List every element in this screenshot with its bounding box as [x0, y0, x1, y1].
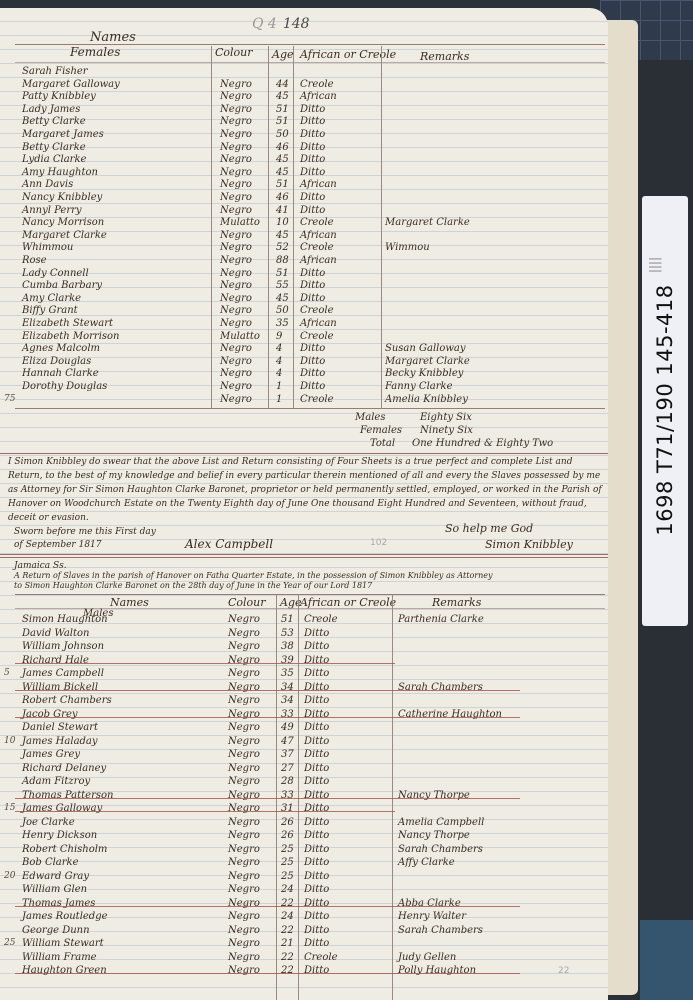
colour-cell: Negro [228, 655, 260, 666]
totals-total-label: Total [370, 438, 395, 449]
name-cell: Amy Haughton [22, 167, 98, 178]
colour-cell: Negro [220, 142, 252, 153]
table-row: Eliza DouglasNegro4DittoMargaret Clarke [0, 356, 608, 369]
age-cell: 28 [281, 776, 294, 787]
strikethrough-line [15, 798, 520, 799]
name-cell: Ann Davis [22, 179, 73, 190]
age-cell: 21 [281, 938, 294, 949]
colour-cell: Negro [220, 318, 252, 329]
colour-cell: Negro [228, 736, 260, 747]
origin-cell: Ditto [304, 965, 329, 976]
age-cell: 51 [276, 116, 289, 127]
name-cell: William Johnson [22, 641, 104, 652]
remarks-cell: Sarah Chambers [398, 682, 483, 693]
colour-cell: Negro [228, 817, 260, 828]
age-cell: 25 [281, 871, 294, 882]
age-cell: 35 [281, 668, 294, 679]
origin-cell: Ditto [304, 884, 329, 895]
colour-cell: Negro [228, 803, 260, 814]
totals-total-value: One Hundred & Eighty Two [412, 438, 553, 449]
origin-cell: Ditto [304, 830, 329, 841]
origin-cell: Ditto [304, 655, 329, 666]
name-cell: Eliza Douglas [22, 356, 91, 367]
colour-cell: Negro [220, 179, 252, 190]
rule [15, 62, 605, 63]
origin-cell: Ditto [300, 129, 325, 140]
colour-cell: Negro [228, 628, 260, 639]
age-cell: 51 [276, 268, 289, 279]
col-header-age: Age [272, 48, 294, 61]
name-cell: David Walton [22, 628, 89, 639]
age-cell: 45 [276, 167, 289, 178]
origin-cell: Creole [300, 242, 334, 253]
folio-prefix: Q 4 [252, 16, 277, 32]
table-row: Patty KnibbleyNegro45African [0, 91, 608, 104]
return-heading-line-2: A Return of Slaves in the parish of Hano… [14, 571, 493, 580]
colour-cell: Negro [220, 230, 252, 241]
rule [15, 594, 605, 595]
colour-cell: Negro [228, 709, 260, 720]
strikethrough-line [15, 717, 520, 718]
age-cell: 26 [281, 830, 294, 841]
age-cell: 47 [281, 736, 294, 747]
stamp-number: 102 [370, 538, 387, 548]
age-cell: 44 [276, 79, 289, 90]
name-cell: Bob Clarke [22, 857, 79, 868]
age-cell: 22 [281, 952, 294, 963]
age-cell: 50 [276, 129, 289, 140]
origin-cell: Ditto [304, 898, 329, 909]
colour-cell: Negro [228, 682, 260, 693]
age-cell: 33 [281, 790, 294, 801]
name-cell: Margaret Galloway [22, 79, 120, 90]
age-cell: 4 [276, 343, 282, 354]
subheader-females: Females [70, 45, 120, 59]
table-row: James HaladayNegro47Ditto10 [0, 736, 608, 749]
table-row: Annyl PerryNegro41Ditto [0, 205, 608, 218]
colour-cell: Negro [228, 790, 260, 801]
name-cell: Amy Clarke [22, 293, 81, 304]
rule [15, 408, 605, 409]
name-cell: James Campbell [22, 668, 104, 679]
table-row: Margaret GallowayNegro44Creole [0, 79, 608, 92]
name-cell: Elizabeth Morrison [22, 331, 120, 342]
table-row: Biffy GrantNegro50Creole [0, 305, 608, 318]
age-cell: 35 [276, 318, 289, 329]
remarks-cell: Becky Knibbley [385, 368, 463, 379]
table-row: Richard DelaneyNegro27Ditto [0, 763, 608, 776]
name-cell: Betty Clarke [22, 142, 86, 153]
table-row: Hannah ClarkeNegro4DittoBecky Knibbley [0, 368, 608, 381]
name-cell: Elizabeth Stewart [22, 318, 113, 329]
origin-cell: Ditto [304, 628, 329, 639]
table-row: Negro1CreoleAmelia Knibbley75 [0, 394, 608, 407]
age-cell: 33 [281, 709, 294, 720]
colour-cell: Negro [228, 938, 260, 949]
table-row: Sarah Fisher [0, 66, 608, 79]
strikethrough-line [15, 906, 520, 907]
table-row: George DunnNegro22DittoSarah Chambers [0, 925, 608, 938]
name-cell: Rose [22, 255, 47, 266]
name-cell: Biffy Grant [22, 305, 78, 316]
colour-cell: Negro [220, 394, 252, 405]
age-cell: 22 [281, 898, 294, 909]
name-cell: Robert Chisholm [22, 844, 107, 855]
name-cell: Joe Clarke [22, 817, 75, 828]
margin-count-mark: 10 [4, 736, 15, 746]
table-row: Amy ClarkeNegro45Ditto [0, 293, 608, 306]
background-blue [640, 920, 693, 1000]
origin-cell: Creole [300, 331, 334, 342]
origin-cell: Ditto [300, 356, 325, 367]
age-cell: 26 [281, 817, 294, 828]
age-cell: 25 [281, 844, 294, 855]
origin-cell: African [300, 91, 337, 102]
table-row: William JohnsonNegro38Ditto [0, 641, 608, 654]
name-cell: Cumba Barbary [22, 280, 102, 291]
jurisdiction-heading: Jamaica Ss. [14, 561, 67, 571]
origin-cell: Ditto [304, 844, 329, 855]
origin-cell: Ditto [300, 192, 325, 203]
rule [0, 557, 608, 558]
origin-cell: Ditto [304, 817, 329, 828]
age-cell: 4 [276, 356, 282, 367]
age-cell: 49 [281, 722, 294, 733]
age-cell: 24 [281, 911, 294, 922]
age-cell: 27 [281, 763, 294, 774]
folio-number: Q 4148 [252, 16, 310, 32]
colour-cell: Negro [220, 154, 252, 165]
colour-cell: Negro [220, 268, 252, 279]
table-row: Richard HaleNegro39Ditto [0, 655, 608, 668]
origin-cell: African [300, 179, 337, 190]
remarks-cell: Susan Galloway [385, 343, 466, 354]
colour-cell: Negro [228, 763, 260, 774]
name-cell: Nancy Morrison [22, 217, 104, 228]
age-cell: 45 [276, 91, 289, 102]
age-cell: 39 [281, 655, 294, 666]
colour-cell: Negro [220, 192, 252, 203]
origin-cell: Ditto [304, 695, 329, 706]
origin-cell: Ditto [300, 381, 325, 392]
table-row: Lydia ClarkeNegro45Ditto [0, 154, 608, 167]
colour-cell: Negro [220, 368, 252, 379]
totals-males-value: Eighty Six [420, 412, 472, 423]
name-cell: Robert Chambers [22, 695, 112, 706]
table-row: Nancy KnibbleyNegro46Ditto [0, 192, 608, 205]
table-row: Cumba BarbaryNegro55Ditto [0, 280, 608, 293]
name-cell: Margaret Clarke [22, 230, 107, 241]
name-cell: Margaret James [22, 129, 104, 140]
strikethrough-line [15, 973, 520, 974]
origin-cell: African [300, 255, 337, 266]
origin-cell: Ditto [304, 938, 329, 949]
origin-cell: Ditto [304, 925, 329, 936]
origin-cell: Ditto [304, 871, 329, 882]
origin-cell: Ditto [304, 776, 329, 787]
origin-cell: Creole [300, 79, 334, 90]
origin-cell: African [300, 230, 337, 241]
table-row: Amy HaughtonNegro45Ditto [0, 167, 608, 180]
age-cell: 51 [281, 614, 294, 625]
table-row: James GreyNegro37Ditto [0, 749, 608, 762]
age-cell: 41 [276, 205, 289, 216]
colour-cell: Negro [228, 641, 260, 652]
remarks-cell: Margaret Clarke [385, 217, 470, 228]
colour-cell: Mulatto [220, 217, 260, 228]
name-cell: Patty Knibbley [22, 91, 96, 102]
origin-cell: Ditto [304, 803, 329, 814]
name-cell: Haughton Green [22, 965, 107, 976]
colour-cell: Negro [220, 293, 252, 304]
colour-cell: Negro [228, 749, 260, 760]
colour-cell: Mulatto [220, 331, 260, 342]
name-cell: Adam Fitzroy [22, 776, 90, 787]
table-row: William StewartNegro21Ditto25 [0, 938, 608, 951]
origin-cell: Ditto [304, 857, 329, 868]
table-row: Thomas PattersonNegro33DittoNancy Thorpe [0, 790, 608, 803]
age-cell: 4 [276, 368, 282, 379]
colour-cell: Negro [220, 116, 252, 127]
oath-closing: So help me God [445, 522, 533, 535]
age-cell: 22 [281, 925, 294, 936]
return-heading-line-3: to Simon Haughton Clarke Baronet on the … [14, 581, 372, 590]
age-cell: 9 [276, 331, 282, 342]
table-row: Jacob GreyNegro33DittoCatherine Haughton [0, 709, 608, 722]
margin-count-mark: 5 [4, 668, 10, 678]
age-cell: 34 [281, 695, 294, 706]
rule [0, 453, 608, 454]
oath-text: I Simon Knibbley do swear that the above… [8, 455, 608, 525]
name-cell: William Frame [22, 952, 97, 963]
origin-cell: Ditto [304, 763, 329, 774]
origin-cell: Ditto [300, 293, 325, 304]
table-row: Joe ClarkeNegro26DittoAmelia Campbell [0, 817, 608, 830]
colour-cell: Negro [228, 911, 260, 922]
colour-cell: Negro [228, 884, 260, 895]
margin-count-mark: 15 [4, 803, 15, 813]
table-row: WhimmouNegro52CreoleWimmou [0, 242, 608, 255]
name-cell: Sarah Fisher [22, 66, 88, 77]
age-cell: 50 [276, 305, 289, 316]
age-cell: 1 [276, 381, 282, 392]
origin-cell: Ditto [300, 268, 325, 279]
table-row: Ann DavisNegro51African [0, 179, 608, 192]
colour-cell: Negro [220, 305, 252, 316]
origin-cell: Ditto [300, 116, 325, 127]
age-cell: 52 [276, 242, 289, 253]
age-cell: 46 [276, 192, 289, 203]
age-cell: 45 [276, 230, 289, 241]
origin-cell: Ditto [300, 205, 325, 216]
magistrate-signature: Alex Campbell [185, 537, 273, 551]
remarks-cell: Wimmou [385, 242, 430, 253]
strikethrough-line [15, 690, 520, 691]
remarks-cell: Parthenia Clarke [398, 614, 484, 625]
origin-cell: Ditto [300, 368, 325, 379]
name-cell: William Bickell [22, 682, 98, 693]
age-cell: 51 [276, 104, 289, 115]
name-cell: Hannah Clarke [22, 368, 99, 379]
origin-cell: Ditto [300, 343, 325, 354]
colour-cell: Negro [220, 381, 252, 392]
table-row: Lady JamesNegro51Ditto [0, 104, 608, 117]
age-cell: 88 [276, 255, 289, 266]
age-cell: 25 [281, 857, 294, 868]
name-cell: William Stewart [22, 938, 104, 949]
colour-cell: Negro [228, 844, 260, 855]
table-row: Robert ChambersNegro34Ditto [0, 695, 608, 708]
age-cell: 22 [281, 965, 294, 976]
table-row: Robert ChisholmNegro25DittoSarah Chamber… [0, 844, 608, 857]
strikethrough-line [15, 663, 395, 664]
margin-count-mark: 75 [4, 394, 15, 404]
strikethrough-line [15, 811, 395, 812]
sworn-line-2: of September 1817 [14, 540, 102, 550]
name-cell: Richard Hale [22, 655, 89, 666]
remarks-cell: Polly Haughton [398, 965, 476, 976]
name-cell: Edward Gray [22, 871, 89, 882]
page-mark: 22 [558, 966, 569, 976]
colour-cell: Negro [228, 776, 260, 787]
remarks-cell: Sarah Chambers [398, 925, 483, 936]
remarks-cell: Abba Clarke [398, 898, 461, 909]
origin-cell: Creole [304, 614, 338, 625]
origin-cell: Ditto [304, 668, 329, 679]
name-cell: Thomas James [22, 898, 95, 909]
name-cell: George Dunn [22, 925, 90, 936]
table-row: James GallowayNegro31Ditto15 [0, 803, 608, 816]
origin-cell: Ditto [304, 641, 329, 652]
table-row: Simon HaughtonNegro51CreoleParthenia Cla… [0, 614, 608, 627]
name-cell: Thomas Patterson [22, 790, 113, 801]
remarks-cell: Affy Clarke [398, 857, 455, 868]
rule [15, 608, 605, 609]
colour-cell: Negro [228, 965, 260, 976]
name-cell: Betty Clarke [22, 116, 86, 127]
remarks-cell: Sarah Chambers [398, 844, 483, 855]
name-cell: Nancy Knibbley [22, 192, 102, 203]
age-cell: 10 [276, 217, 289, 228]
margin-count-mark: 20 [4, 871, 15, 881]
name-cell: Agnes Malcolm [22, 343, 100, 354]
age-cell: 34 [281, 682, 294, 693]
table-row: Nancy MorrisonMulatto10CreoleMargaret Cl… [0, 217, 608, 230]
name-cell: Jacob Grey [22, 709, 78, 720]
name-cell: James Galloway [22, 803, 102, 814]
age-cell: 45 [276, 154, 289, 165]
table-row: William FrameNegro22CreoleJudy Gellen [0, 952, 608, 965]
table-row: Margaret ClarkeNegro45African [0, 230, 608, 243]
name-cell: James Grey [22, 749, 80, 760]
colour-cell: Negro [228, 925, 260, 936]
table-row: Edward GrayNegro25Ditto20 [0, 871, 608, 884]
name-cell: Lady Connell [22, 268, 89, 279]
table-row: Henry DicksonNegro26DittoNancy Thorpe [0, 830, 608, 843]
signatory-signature: Simon Knibbley [485, 538, 573, 551]
name-cell: Whimmou [22, 242, 73, 253]
col-header-colour: Colour [215, 46, 253, 59]
colour-cell: Negro [220, 255, 252, 266]
colour-cell: Negro [220, 167, 252, 178]
totals-males-label: Males [355, 412, 385, 423]
table-row: James CampbellNegro35Ditto5 [0, 668, 608, 681]
name-cell: Richard Delaney [22, 763, 106, 774]
table-row: Bob ClarkeNegro25DittoAffy Clarke [0, 857, 608, 870]
colour-cell: Negro [228, 857, 260, 868]
table-row: David WaltonNegro53Ditto [0, 628, 608, 641]
origin-cell: African [300, 318, 337, 329]
colour-cell: Negro [220, 280, 252, 291]
remarks-cell: Margaret Clarke [385, 356, 470, 367]
age-cell: 51 [276, 179, 289, 190]
name-cell: James Routledge [22, 911, 108, 922]
origin-cell: Ditto [304, 736, 329, 747]
table-row: Haughton GreenNegro22DittoPolly Haughton [0, 965, 608, 978]
remarks-cell: Henry Walter [398, 911, 466, 922]
rule [0, 554, 608, 555]
age-cell: 46 [276, 142, 289, 153]
table-row: RoseNegro88African [0, 255, 608, 268]
table-row: Thomas JamesNegro22DittoAbba Clarke [0, 898, 608, 911]
age-cell: 37 [281, 749, 294, 760]
table-row: Betty ClarkeNegro46Ditto [0, 142, 608, 155]
table-row: Lady ConnellNegro51Ditto [0, 268, 608, 281]
label-tally-marks: |||| [649, 257, 663, 273]
origin-cell: Ditto [304, 682, 329, 693]
name-cell: Dorothy Douglas [22, 381, 107, 392]
colour-cell: Negro [220, 343, 252, 354]
sworn-line-1: Sworn before me this First day [14, 527, 156, 537]
remarks-cell: Judy Gellen [398, 952, 456, 963]
origin-cell: Ditto [300, 142, 325, 153]
remarks-cell: Nancy Thorpe [398, 790, 470, 801]
name-cell: Lydia Clarke [22, 154, 86, 165]
colour-cell: Negro [220, 356, 252, 367]
table-row: William BickellNegro34DittoSarah Chamber… [0, 682, 608, 695]
origin-cell: Ditto [304, 911, 329, 922]
colour-cell: Negro [228, 722, 260, 733]
table-row: Elizabeth StewartNegro35African [0, 318, 608, 331]
age-cell: 53 [281, 628, 294, 639]
table-row: Margaret JamesNegro50Ditto [0, 129, 608, 142]
colour-cell: Negro [220, 91, 252, 102]
colour-cell: Negro [228, 952, 260, 963]
col-header-names: Names [90, 30, 136, 45]
origin-cell: Creole [300, 217, 334, 228]
name-cell: William Glen [22, 884, 87, 895]
totals-females-label: Females [360, 425, 402, 436]
ledger-page: Q 4148 Names Females Colour Age African … [0, 8, 608, 1000]
name-cell: Lady James [22, 104, 80, 115]
age-cell: 55 [276, 280, 289, 291]
table-row: Daniel StewartNegro49Ditto [0, 722, 608, 735]
colour-cell: Negro [228, 695, 260, 706]
remarks-cell: Catherine Haughton [398, 709, 502, 720]
origin-cell: Ditto [304, 749, 329, 760]
colour-cell: Negro [228, 898, 260, 909]
table-row: Dorothy DouglasNegro1DittoFanny Clarke [0, 381, 608, 394]
age-cell: 24 [281, 884, 294, 895]
age-cell: 1 [276, 394, 282, 405]
remarks-cell: Amelia Knibbley [385, 394, 468, 405]
origin-cell: Creole [304, 952, 338, 963]
colour-cell: Negro [228, 871, 260, 882]
age-cell: 45 [276, 293, 289, 304]
remarks-cell: Nancy Thorpe [398, 830, 470, 841]
name-cell: Simon Haughton [22, 614, 108, 625]
table-row: Betty ClarkeNegro51Ditto [0, 116, 608, 129]
